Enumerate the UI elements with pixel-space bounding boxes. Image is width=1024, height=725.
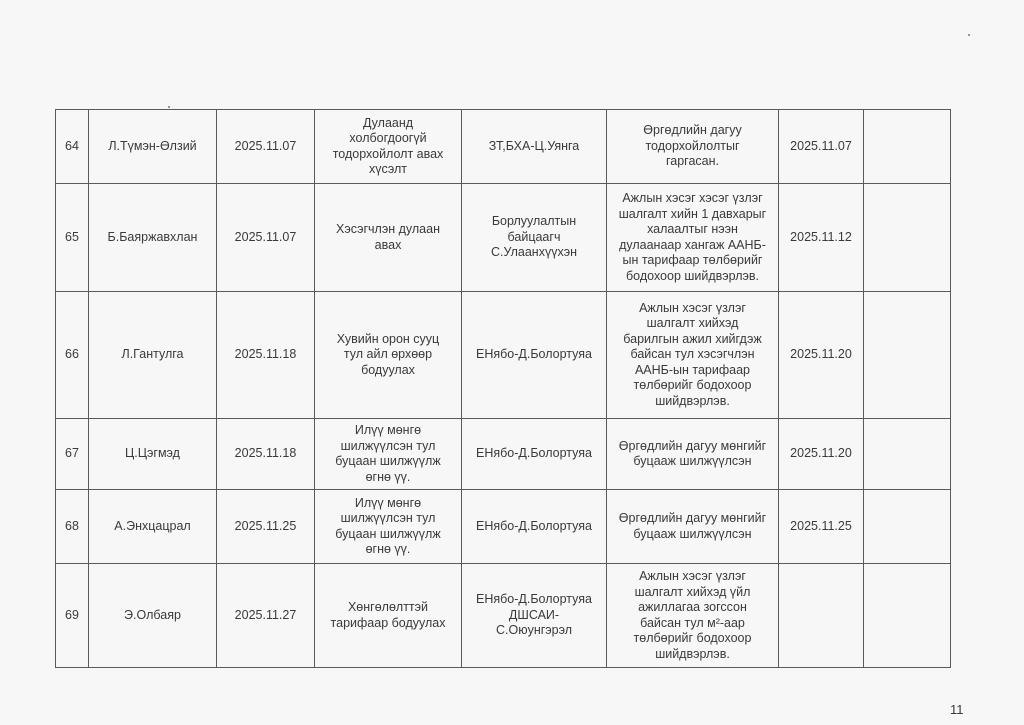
cell-number: 64 <box>56 110 89 184</box>
cell-applicant: А.Энхцацрал <box>89 490 217 564</box>
cell-responsible: ЕНябо-Д.Болортуяа <box>462 419 607 490</box>
cell-responsible: ЕНябо-Д.Болортуяа ДШСАИ- С.Оюунгэрэл <box>462 564 607 668</box>
cell-resolution: Ажлын хэсэг хэсэг үзлэг шалгалт хийн 1 д… <box>607 184 779 292</box>
cell-number: 66 <box>56 292 89 419</box>
cell-applicant: Л.Түмэн-Өлзий <box>89 110 217 184</box>
cell-date-received: 2025.11.07 <box>217 184 315 292</box>
cell-applicant: Ц.Цэгмэд <box>89 419 217 490</box>
scan-speck <box>968 34 970 36</box>
cell-number: 65 <box>56 184 89 292</box>
cell-date-received: 2025.11.25 <box>217 490 315 564</box>
cell-number: 67 <box>56 419 89 490</box>
cell-note <box>864 419 951 490</box>
cell-note <box>864 490 951 564</box>
cell-date-received: 2025.11.07 <box>217 110 315 184</box>
cell-resolution: Өргөдлийн дагуу мөнгийг буцааж шилжүүлсэ… <box>607 490 779 564</box>
cell-date-received: 2025.11.27 <box>217 564 315 668</box>
cell-note <box>864 564 951 668</box>
table-row: 65 Б.Баяржавхлан 2025.11.07 Хэсэгчлэн ду… <box>56 184 951 292</box>
table-row: 66 Л.Гантулга 2025.11.18 Хувийн орон суу… <box>56 292 951 419</box>
cell-responsible: ЕНябо-Д.Болортуяа <box>462 490 607 564</box>
cell-number: 68 <box>56 490 89 564</box>
cell-date-resolved: 2025.11.12 <box>779 184 864 292</box>
table-row: 69 Э.Олбаяр 2025.11.27 Хөнгөлөлттэй тари… <box>56 564 951 668</box>
cell-request: Хувийн орон сууц тул айл өрхөөр бодуулах <box>315 292 462 419</box>
cell-number: 69 <box>56 564 89 668</box>
cell-note <box>864 110 951 184</box>
cell-applicant: Б.Баяржавхлан <box>89 184 217 292</box>
cell-applicant: Э.Олбаяр <box>89 564 217 668</box>
cell-resolution: Ажлын хэсэг үзлэг шалгалт хийхэд барилгы… <box>607 292 779 419</box>
cell-note <box>864 292 951 419</box>
cell-responsible: ЗТ,БХА-Ц.Уянга <box>462 110 607 184</box>
table-row: 64 Л.Түмэн-Өлзий 2025.11.07 Дулаанд холб… <box>56 110 951 184</box>
requests-table: 64 Л.Түмэн-Өлзий 2025.11.07 Дулаанд холб… <box>55 109 951 668</box>
cell-date-resolved: 2025.11.07 <box>779 110 864 184</box>
cell-resolution: Өргөдлийн дагуу мөнгийг буцааж шилжүүлсэ… <box>607 419 779 490</box>
cell-resolution: Ажлын хэсэг үзлэг шалгалт хийхэд үйл ажи… <box>607 564 779 668</box>
table-row: 68 А.Энхцацрал 2025.11.25 Илүү мөнгө шил… <box>56 490 951 564</box>
cell-date-resolved: 2025.11.25 <box>779 490 864 564</box>
cell-date-resolved: 2025.11.20 <box>779 292 864 419</box>
cell-request: Хэсэгчлэн дулаан авах <box>315 184 462 292</box>
cell-date-resolved <box>779 564 864 668</box>
cell-responsible: Борлуулалтын байцаагч С.Улаанхүүхэн <box>462 184 607 292</box>
cell-note <box>864 184 951 292</box>
cell-responsible: ЕНябо-Д.Болортуяа <box>462 292 607 419</box>
cell-request: Дулаанд холбогдоогүй тодорхойлолт авах х… <box>315 110 462 184</box>
scanned-page: 64 Л.Түмэн-Өлзий 2025.11.07 Дулаанд холб… <box>0 0 1024 725</box>
page-number: 11 <box>950 702 964 717</box>
cell-date-received: 2025.11.18 <box>217 419 315 490</box>
cell-resolution: Өргөдлийн дагуу тодорхойлолтыг гаргасан. <box>607 110 779 184</box>
table-row: 67 Ц.Цэгмэд 2025.11.18 Илүү мөнгө шилжүү… <box>56 419 951 490</box>
cell-applicant: Л.Гантулга <box>89 292 217 419</box>
scan-speck <box>168 106 170 108</box>
cell-request: Илүү мөнгө шилжүүлсэн тул буцаан шилжүүл… <box>315 490 462 564</box>
cell-request: Хөнгөлөлттэй тарифаар бодуулах <box>315 564 462 668</box>
cell-date-resolved: 2025.11.20 <box>779 419 864 490</box>
cell-date-received: 2025.11.18 <box>217 292 315 419</box>
cell-request: Илүү мөнгө шилжүүлсэн тул буцаан шилжүүл… <box>315 419 462 490</box>
